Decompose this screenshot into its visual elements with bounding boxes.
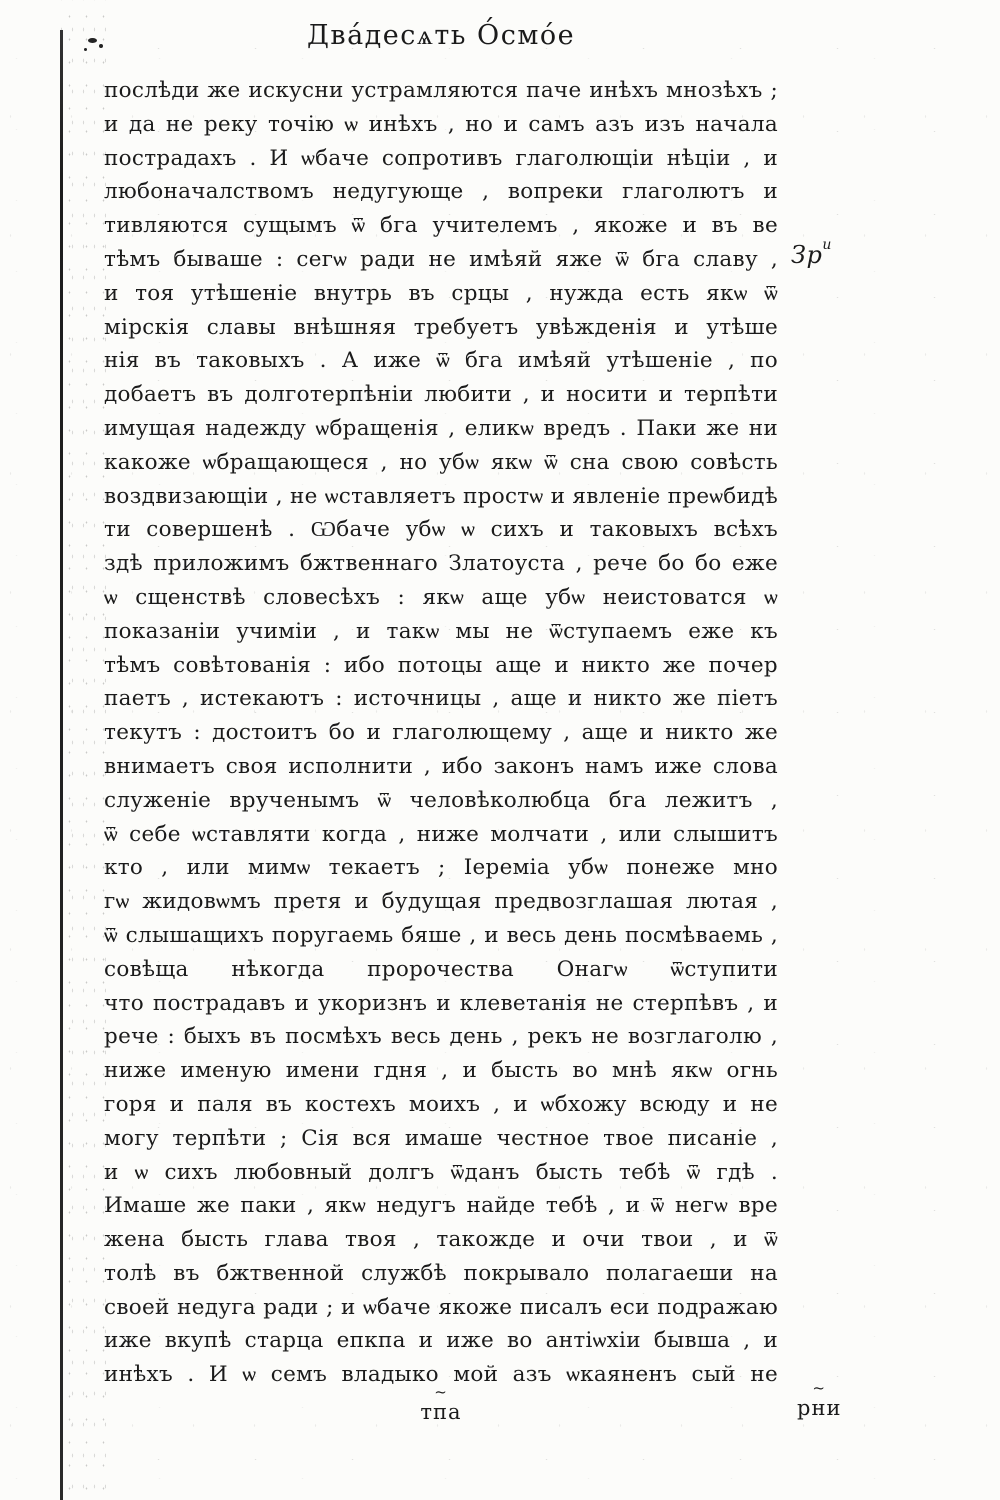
ink-speck xyxy=(88,38,97,43)
text-line: совѣща нѣкогда пророчества Онагѡ ѿступит… xyxy=(104,953,778,987)
body-text-block: послѣди же искусни устрамляются паче инѣ… xyxy=(104,74,778,1404)
margin-note-zri: Зри xyxy=(791,237,832,269)
chapter-title: Два́десѧть О́смо́е xyxy=(104,20,778,51)
cyrillic-numeral-tpa: тпа xyxy=(420,1400,461,1424)
text-line: воздвизающіи , не ѡставляетъ простѡ и яв… xyxy=(104,480,778,514)
text-line: и ѡ сихъ любовный долгъ ѿданъ бысть тебѣ… xyxy=(104,1156,778,1190)
scanned-book-page: Два́десѧть О́смо́е послѣди же искусни ус… xyxy=(0,0,1000,1500)
left-edge-speckle-band xyxy=(58,0,106,1500)
ink-speck xyxy=(84,48,87,51)
text-line: нія въ таковыхъ . А иже ѿ бга имѣяй утѣш… xyxy=(104,344,778,378)
ink-speck xyxy=(99,44,103,48)
text-line: толѣ въ бжтвенной службѣ покрывало полаг… xyxy=(104,1257,778,1291)
text-line: показаніи учиміи , и такѡ мы не ѿступаем… xyxy=(104,615,778,649)
text-line: могу терпѣти ; Сія вся имаше честное тво… xyxy=(104,1122,778,1156)
text-line: жена бысть глава твоя , такожде и очи тв… xyxy=(104,1223,778,1257)
text-line: тивляются сущымъ ѿ бга учителемъ , якоже… xyxy=(104,209,778,243)
margin-note-superscript: и xyxy=(822,237,832,253)
text-line: и тоя утѣшеніе внутрь въ срцы , нужда ес… xyxy=(104,277,778,311)
text-line: и да не реку точію ѡ инѣхъ , но и самъ а… xyxy=(104,108,778,142)
text-line: ѿ слышащихъ поругаемь бяше , и весь день… xyxy=(104,919,778,953)
text-line: ѿ себе ѡставляти когда , ниже молчати , … xyxy=(104,818,778,852)
text-line: рече : быхъ въ посмѣхъ весь день , рекъ … xyxy=(104,1020,778,1054)
left-border-rule xyxy=(60,30,63,1500)
margin-note-base: Зр xyxy=(791,241,822,269)
text-line: тѣмъ совѣтованія : ибо потоцы аще и никт… xyxy=(104,649,778,683)
text-line: имущая надежду ѡбращенія , еликѡ вредъ .… xyxy=(104,412,778,446)
folio-number-right: рни xyxy=(797,1396,841,1420)
text-line: служеніе врученымъ ѿ человѣколюбца бга л… xyxy=(104,784,778,818)
text-line: горя и паля въ костехъ моихъ , и ѡбхожу … xyxy=(104,1088,778,1122)
text-line: послѣди же искусни устрамляются паче инѣ… xyxy=(104,74,778,108)
folio-signature-center: тпа xyxy=(104,1400,778,1424)
text-line: Имаше же паки , якѡ недугъ найде тебѣ , … xyxy=(104,1189,778,1223)
text-line: любоначалствомъ недугующе , вопреки глаг… xyxy=(104,175,778,209)
text-line: ти совершенѣ . Ѡбаче убѡ ѡ сихъ и таковы… xyxy=(104,513,778,547)
text-line: ѡ сщенствѣ словесѣхъ : якѡ аще убѡ неист… xyxy=(104,581,778,615)
text-line: гѡ жидовѡмъ претя и будущая предвозглаша… xyxy=(104,885,778,919)
text-line: пострадахъ . И ѡбаче сопротивъ глаголющі… xyxy=(104,142,778,176)
cyrillic-numeral-rni: рни xyxy=(797,1396,841,1420)
text-line: иже вкупѣ старца епкпа и иже во антіѡхіи… xyxy=(104,1324,778,1358)
text-line: внимаетъ своя исполнити , ибо законъ нам… xyxy=(104,750,778,784)
text-line: ниже именую имени гдня , и бысть во мнѣ … xyxy=(104,1054,778,1088)
text-line: тѣмъ бываше : сегѡ ради не имѣяй яже ѿ б… xyxy=(104,243,778,277)
text-line: паетъ , истекаютъ : источницы , аще и ни… xyxy=(104,682,778,716)
text-line: кто , или мимѡ текаетъ ; Іереміа убѡ пон… xyxy=(104,851,778,885)
text-line: какоже ѡбращающеся , но убѡ якѡ ѿ сна св… xyxy=(104,446,778,480)
text-line: мірскія славы внѣшняя требуетъ увѣжденія… xyxy=(104,311,778,345)
text-line: своей недуга ради ; и ѡбаче якоже писалъ… xyxy=(104,1291,778,1325)
text-line: текутъ : достоитъ бо и глаголющему , аще… xyxy=(104,716,778,750)
text-line: здѣ приложимъ бжтвеннаго Златоуста , реч… xyxy=(104,547,778,581)
text-line: что пострадавъ и укоризнъ и клеветанія н… xyxy=(104,987,778,1021)
text-line: добаетъ въ долготерпѣніи любити , и носи… xyxy=(104,378,778,412)
